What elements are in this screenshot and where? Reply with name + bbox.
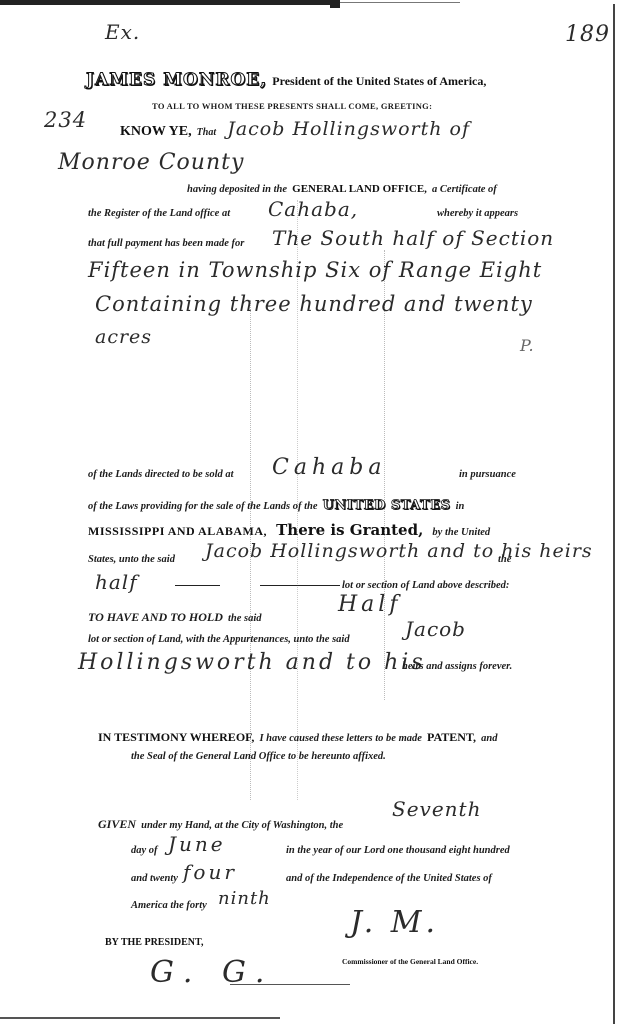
united-states-ornate: UNITED STATES: [323, 498, 451, 513]
grantee-name: Jacob Hollingsworth of: [227, 118, 470, 140]
to-have-text: TO HAVE AND TO HOLD: [88, 610, 223, 624]
general-land-office: GENERAL LAND OFFICE,: [292, 183, 427, 195]
testimony-text: I have caused these letters to be made: [259, 733, 421, 744]
given-line: GIVEN under my Hand, at the City of Wash…: [98, 813, 343, 832]
half-text: half: [95, 570, 138, 594]
know-ye: KNOW YE,: [120, 124, 192, 139]
register-text: the Register of the Land office at: [88, 208, 230, 219]
year-text: in the year of our Lord one thousand eig…: [286, 845, 510, 856]
greeting: TO ALL TO WHOM THESE PRESENTS SHALL COME…: [152, 101, 432, 111]
president-name: JAMES MONROE,: [86, 70, 267, 90]
by-the-president: BY THE PRESIDENT,: [105, 937, 203, 948]
independence-text: and of the Independence of the United St…: [286, 873, 492, 884]
given-year: four: [183, 860, 237, 884]
land-description-4: acres: [95, 326, 152, 348]
deposited-line: having deposited in the GENERAL LAND OFF…: [187, 177, 497, 196]
annotation-top-left: Ex.: [105, 20, 140, 44]
lands-sold-text: of the Lands directed to be sold at: [88, 469, 234, 480]
given-text: under my Hand, at the City of Washington…: [141, 820, 343, 831]
and-text: and: [481, 733, 497, 744]
scan-edge-bottom: [0, 1017, 280, 1019]
hold-half: Half: [338, 592, 401, 617]
laws-text: of the Laws providing for the sale of th…: [88, 501, 318, 512]
land-description-3: Containing three hundred and twenty: [95, 292, 533, 316]
granted-text: There is Granted,: [276, 521, 423, 539]
heirs-text: heirs and assigns forever.: [402, 661, 512, 672]
and-twenty-text: and twenty: [131, 873, 178, 884]
independence-year: ninth: [218, 888, 271, 909]
grantee-county: Monroe County: [58, 150, 244, 175]
by-the-united-text: by the United: [432, 527, 490, 538]
that-text: That: [197, 127, 216, 138]
testimony-line: IN TESTIMONY WHEREOF, I have caused thes…: [98, 726, 497, 745]
lot-described-text: lot or section of Land above described:: [342, 580, 509, 591]
states-text: MISSISSIPPI AND ALABAMA,: [88, 524, 267, 538]
heirs-grantee: Hollingsworth and to his: [78, 650, 426, 675]
scan-edge-top-line: [340, 2, 460, 3]
pursuance-text: in pursuance: [459, 469, 516, 480]
in-text: in: [456, 501, 465, 512]
day-of-text: day of: [131, 845, 158, 856]
given-month: June: [168, 832, 226, 856]
scan-edge-top: [0, 0, 330, 5]
laws-line: of the Laws providing for the sale of th…: [88, 494, 464, 513]
annotation-margin-mark: P.: [520, 336, 535, 355]
blank-dash: [260, 585, 340, 586]
the-said-text: the said: [228, 613, 262, 624]
appurtenances-grantee: Jacob: [405, 617, 466, 641]
know-ye-line: KNOW YE, That Jacob Hollingsworth of: [120, 118, 470, 140]
scan-edge-right: [613, 4, 615, 1024]
annotation-record-number: 234: [44, 108, 87, 132]
america-text: America the forty: [131, 900, 207, 911]
lands-sold-location: Cahaba: [272, 455, 386, 480]
scan-edge-top-mark: [330, 0, 340, 8]
header-line: JAMES MONROE, President of the United St…: [86, 70, 486, 90]
president-signature: J. M.: [350, 905, 439, 940]
to-have-line: TO HAVE AND TO HOLD the said: [88, 606, 262, 625]
patent-text: PATENT,: [427, 730, 476, 744]
annotation-page-number: 189: [565, 22, 610, 47]
the-text: the: [498, 554, 511, 565]
signature-stroke: [230, 984, 350, 985]
appurtenances-text: lot or section of Land, with the Appurte…: [88, 634, 350, 645]
payment-text: that full payment has been made for: [88, 238, 244, 249]
seal-text: the Seal of the General Land Office to b…: [131, 751, 386, 762]
blank-dash: [175, 585, 220, 586]
given-lead: GIVEN: [98, 817, 136, 831]
unto-grantee: Jacob Hollingsworth and to his heirs: [205, 540, 593, 562]
granted-line: MISSISSIPPI AND ALABAMA, There is Grante…: [88, 520, 490, 539]
register-location: Cahaba,: [268, 197, 358, 221]
land-description-2: Fifteen in Township Six of Range Eight: [88, 258, 542, 282]
unto-text: States, unto the said: [88, 554, 175, 565]
certificate-text: a Certificate of: [432, 184, 497, 195]
president-title: President of the United States of Americ…: [272, 74, 486, 88]
given-day: Seventh: [392, 797, 481, 821]
deposited-text: having deposited in the: [187, 184, 287, 195]
land-description-1: The South half of Section: [272, 226, 554, 250]
commissioner-title: Commissioner of the General Land Office.: [342, 957, 478, 966]
testimony-lead: IN TESTIMONY WHEREOF,: [98, 730, 254, 744]
whereby-text: whereby it appears: [437, 208, 518, 219]
